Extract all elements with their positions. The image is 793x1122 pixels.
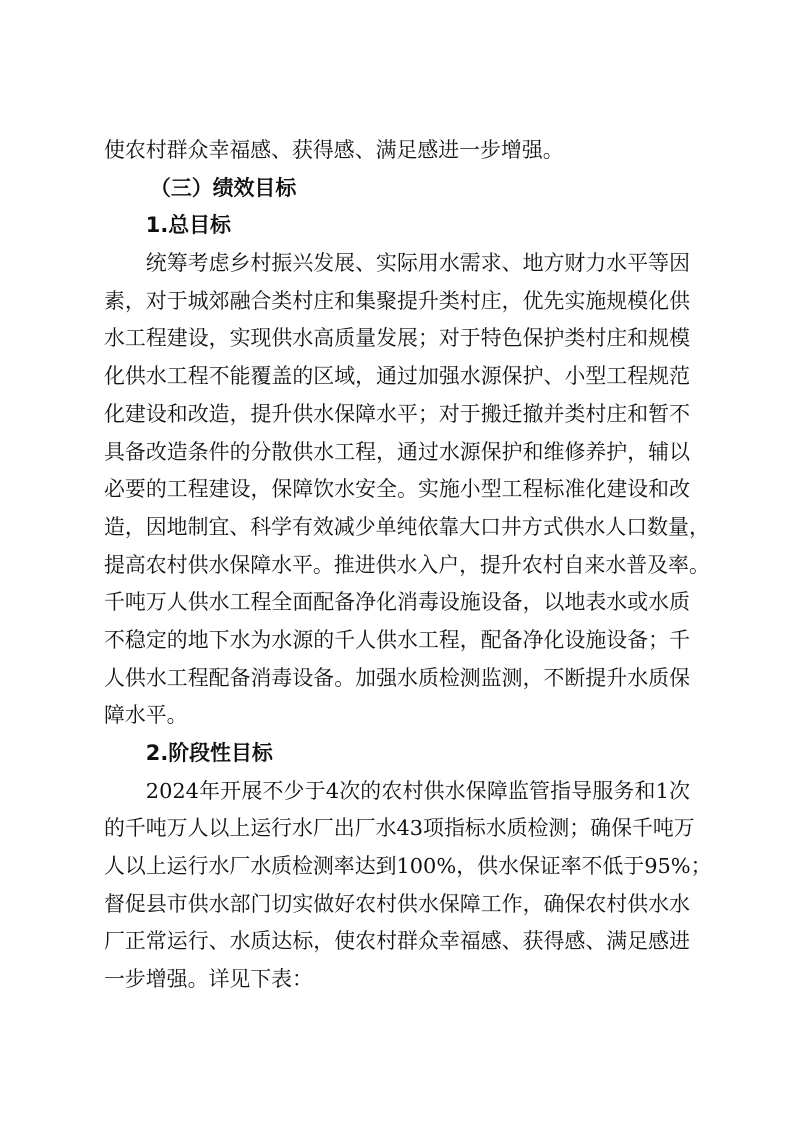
paragraph-line: 障水平。	[104, 697, 690, 735]
paragraph-line: 化供水工程不能覆盖的区域，通过加强水源保护、小型工程规范	[104, 358, 690, 396]
paragraph-line: 厂正常运行、水质达标，使农村群众幸福感、获得感、满足感进	[104, 923, 690, 961]
paragraph-line: 提高农村供水保障水平。推进供水入户，提升农村自来水普及率。	[104, 547, 690, 585]
paragraph-overall-goal: 统筹考虑乡村振兴发展、实际用水需求、地方财力水平等因 素，对于城郊融合类村庄和集…	[104, 245, 690, 735]
paragraph-line: 千吨万人供水工程全面配备净化消毒设施设备，以地表水或水质	[104, 584, 690, 622]
paragraph-line: 不稳定的地下水为水源的千人供水工程，配备净化设施设备；千	[104, 622, 690, 660]
document-page: 使农村群众幸福感、获得感、满足感进一步增强。 （三）绩效目标 1.总目标 统筹考…	[104, 132, 690, 999]
paragraph-phased-goal: 2024年开展不少于4次的农村供水保障监管指导服务和1次 的千吨万人以上运行水厂…	[104, 773, 690, 999]
paragraph-continuation: 使农村群众幸福感、获得感、满足感进一步增强。	[104, 132, 690, 170]
paragraph-line: 的千吨万人以上运行水厂出厂水43项指标水质检测；确保千吨万	[104, 810, 690, 848]
subsection-heading-phased-goal: 2.阶段性目标	[104, 735, 690, 773]
paragraph-line: 人供水工程配备消毒设备。加强水质检测监测，不断提升水质保	[104, 660, 690, 698]
paragraph-line: 人以上运行水厂水质检测率达到100%，供水保证率不低于95%；	[104, 848, 690, 886]
subsection-heading-overall-goal: 1.总目标	[104, 207, 690, 245]
paragraph-line: 一步增强。详见下表：	[104, 961, 690, 999]
paragraph-line: 督促县市供水部门切实做好农村供水保障工作，确保农村供水水	[104, 886, 690, 924]
paragraph-line: 统筹考虑乡村振兴发展、实际用水需求、地方财力水平等因	[104, 245, 690, 283]
paragraph-line: 水工程建设，实现供水高质量发展；对于特色保护类村庄和规模	[104, 320, 690, 358]
paragraph-line: 素，对于城郊融合类村庄和集聚提升类村庄，优先实施规模化供	[104, 283, 690, 321]
section-heading-performance-goals: （三）绩效目标	[104, 170, 690, 208]
paragraph-line: 造，因地制宜、科学有效减少单纯依靠大口井方式供水人口数量，	[104, 509, 690, 547]
paragraph-line: 2024年开展不少于4次的农村供水保障监管指导服务和1次	[104, 773, 690, 811]
paragraph-line: 化建设和改造，提升供水保障水平；对于搬迁撤并类村庄和暂不	[104, 396, 690, 434]
paragraph-line: 必要的工程建设，保障饮水安全。实施小型工程标准化建设和改	[104, 471, 690, 509]
paragraph-line: 具备改造条件的分散供水工程，通过水源保护和维修养护，辅以	[104, 434, 690, 472]
